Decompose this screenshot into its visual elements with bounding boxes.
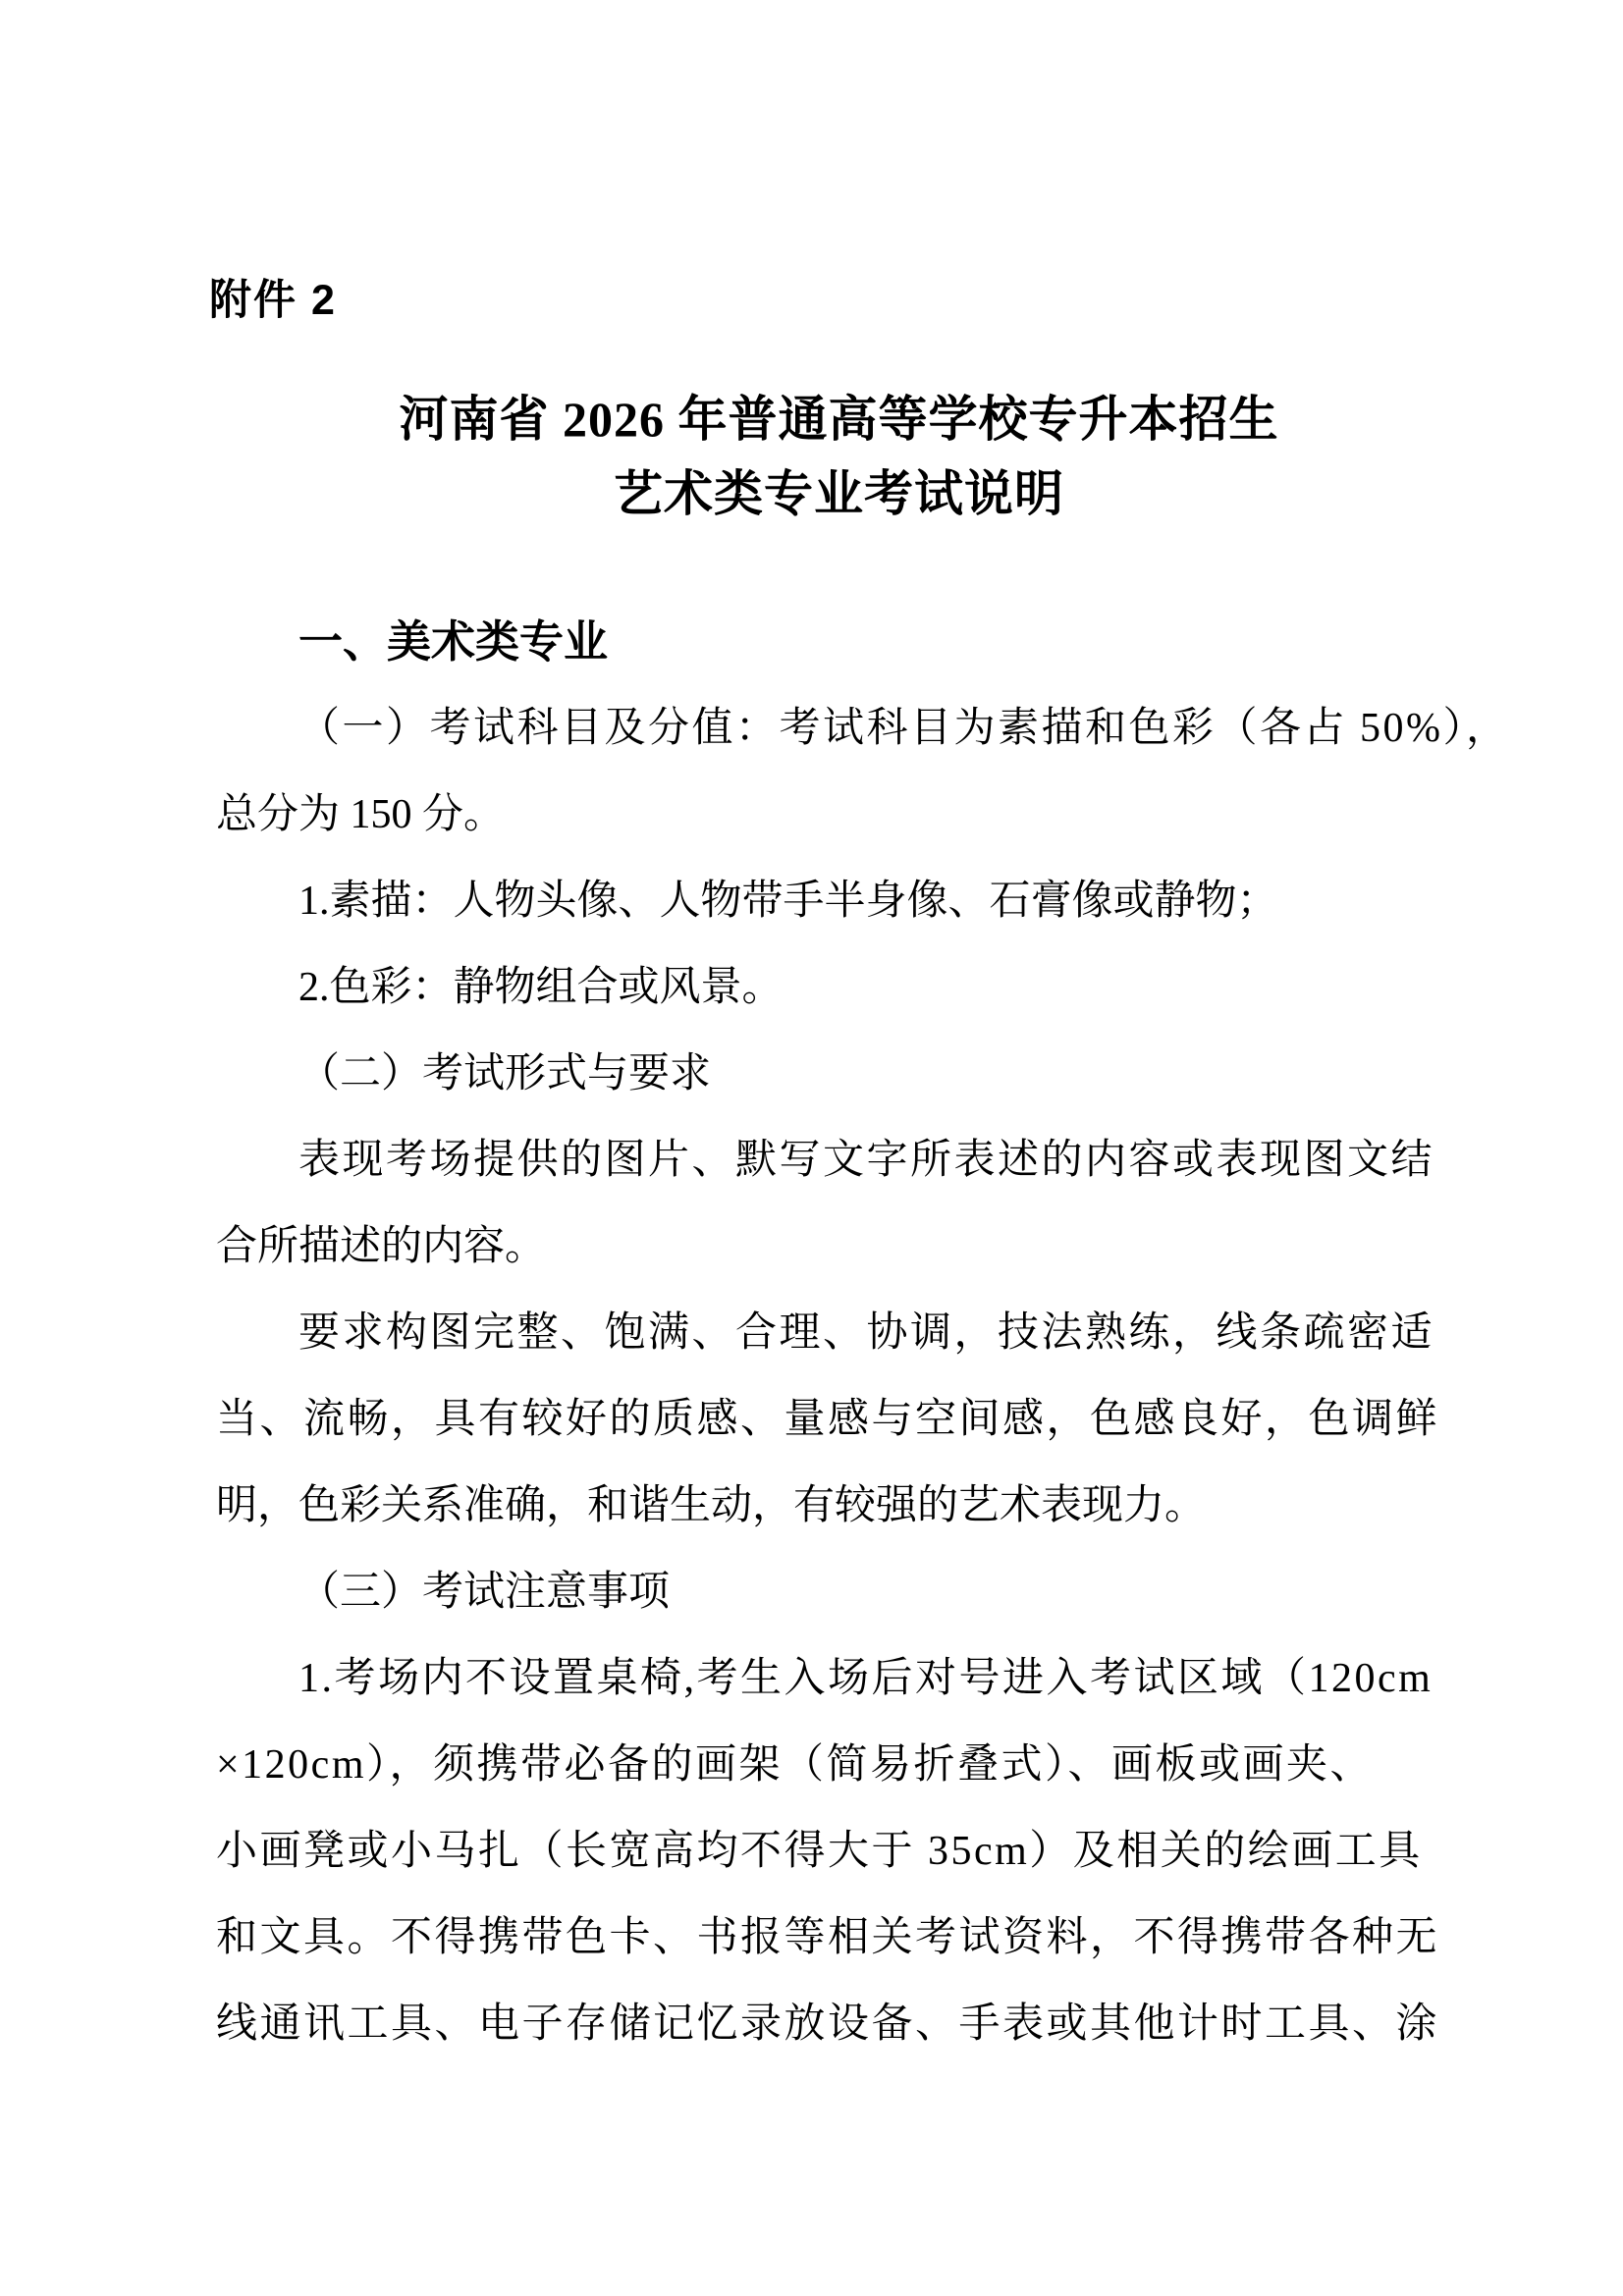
text-line: 1.考场内不设置桌椅,考生入场后对号进入考试区域（120cm [216, 1635, 1492, 1722]
text-line: 合所描述的内容。 [216, 1203, 1492, 1290]
section-heading-fine-arts: 一、美术类专业 [216, 599, 1492, 685]
text-line: 当、流畅，具有较好的质感、量感与空间感，色感良好，色调鲜 [216, 1376, 1492, 1463]
subsection-heading-exam-notes: （三）考试注意事项 [216, 1549, 1492, 1635]
text-line: 2.色彩：静物组合或风景。 [216, 944, 1492, 1031]
document-title-line1: 河南省 2026 年普通高等学校专升本招生 [251, 382, 1427, 456]
text-line: ×120cm），须携带必备的画架（简易折叠式）、画板或画夹、 [216, 1722, 1492, 1808]
text-line: 表现考场提供的图片、默写文字所表述的内容或表现图文结 [216, 1117, 1492, 1203]
text-line: 小画凳或小马扎（长宽高均不得大于 35cm）及相关的绘画工具 [216, 1808, 1492, 1895]
document-page: 附件 2 河南省 2026 年普通高等学校专升本招生 艺术类专业考试说明 一、美… [0, 0, 1623, 2296]
text-line: 总分为 150 分。 [216, 772, 1492, 858]
text-line: 要求构图完整、饱满、合理、协调，技法熟练，线条疏密适 [216, 1290, 1492, 1376]
text-line: （一）考试科目及分值：考试科目为素描和色彩（各占 50%）， [216, 685, 1492, 772]
document-title: 河南省 2026 年普通高等学校专升本招生 艺术类专业考试说明 [216, 382, 1427, 531]
attachment-label: 附件 2 [209, 267, 337, 327]
subsection-heading-exam-form: （二）考试形式与要求 [216, 1031, 1492, 1117]
text-line: 1.素描：人物头像、人物带手半身像、石膏像或静物； [216, 858, 1492, 944]
text-line: 线通讯工具、电子存储记忆录放设备、手表或其他计时工具、涂 [216, 1981, 1492, 2067]
text-line: 明，色彩关系准确，和谐生动，有较强的艺术表现力。 [216, 1463, 1492, 1549]
text-line: 和文具。不得携带色卡、书报等相关考试资料，不得携带各种无 [216, 1895, 1492, 1981]
document-title-line2: 艺术类专业考试说明 [251, 456, 1427, 531]
document-body: 一、美术类专业 （一）考试科目及分值：考试科目为素描和色彩（各占 50%）， 总… [216, 599, 1492, 2067]
